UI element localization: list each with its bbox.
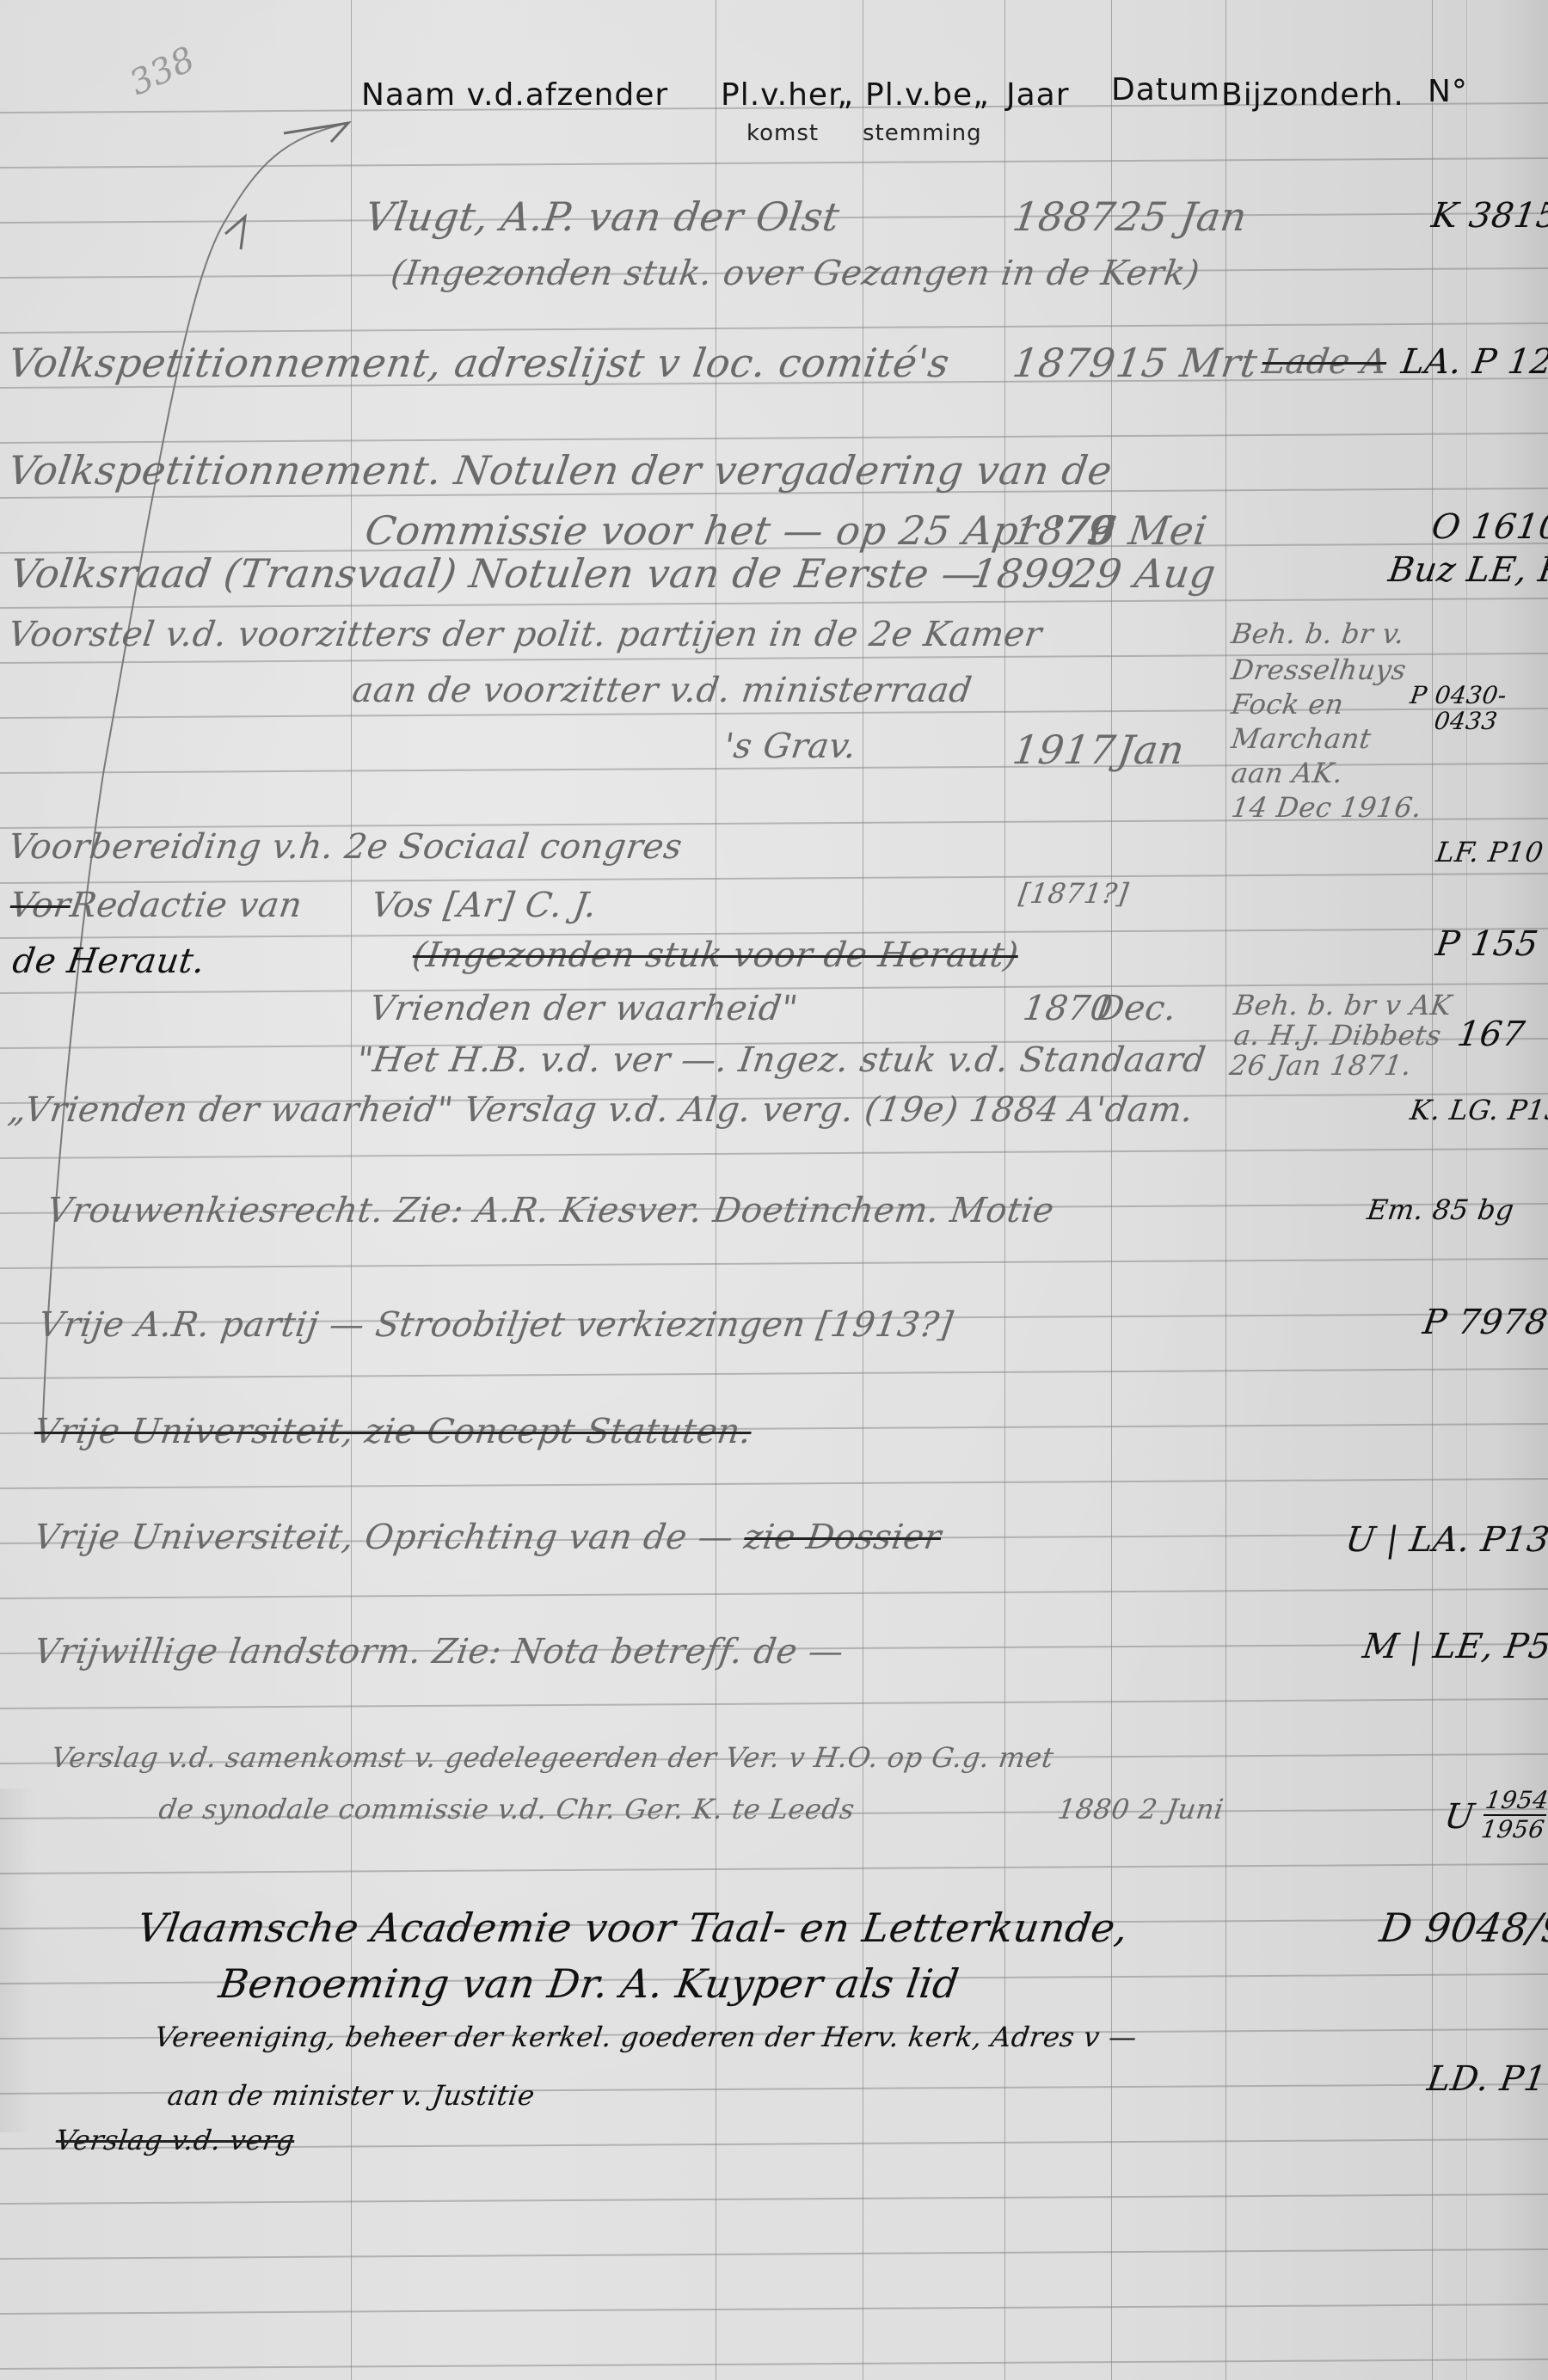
entry-9-title: Vrouwenkiesrecht. Zie: A.R. Kiesver. Doe… (45, 1191, 1057, 1230)
ruled-line (0, 1863, 1548, 1874)
ruled-line (0, 2359, 1548, 2370)
entry-14-jaar: 1880 (1055, 1793, 1132, 1825)
entry-7-line2: "Het H.B. v.d. ver —. Ingez. stuk v.d. S… (354, 1040, 1208, 1080)
entry-6-no: P 155 (1434, 924, 1541, 964)
entry-14-line2: de synodale commissie v.d. Chr. Ger. K. … (157, 1793, 857, 1825)
entry-4-bijz-1: Dresselhuys (1229, 653, 1408, 686)
entry-4-datum: Jan (1115, 727, 1188, 773)
entry-6-line1b: de Heraut. (10, 942, 208, 981)
entry-2-no: O 1610 (1429, 507, 1548, 547)
header-bestemming-sub: stemming (863, 120, 982, 146)
entry-14-title: Verslag v.d. samenkomst v. gedelegeerden… (49, 1741, 1055, 1774)
entry-9-no: Em. 85 bg (1365, 1193, 1516, 1226)
entry-16-line2: aan de minister v. Justitie (165, 2079, 537, 2112)
entry-1-bijzonderh-struck: Lade A (1260, 342, 1390, 382)
entry-13-title: Vrijwillige landstorm. Zie: Nota betreff… (32, 1632, 846, 1672)
ruled-line (0, 2193, 1548, 2205)
ruled-line (0, 1478, 1548, 1489)
entry-4-bijz-4: aan AK. (1229, 757, 1345, 789)
entry-14-no-to: 1956 (1480, 1816, 1546, 1842)
ruled-line (0, 873, 1548, 884)
entry-4-bijz-2: Fock en (1229, 688, 1346, 721)
entry-10-title: Vrije A.R. partij — Stroobiljet verkiezi… (36, 1305, 955, 1345)
entry-12-title: Vrije Universiteit, Oprichting van de — … (32, 1518, 944, 1557)
entry-15-line2: Benoeming van Dr. A. Kuyper als lid (216, 1960, 961, 2007)
entry-4-title: Voorstel v.d. voorzitters der polit. par… (6, 615, 1045, 654)
entry-17-struck: Verslag v.d. verg (53, 2124, 297, 2156)
entry-4-no: P 0430- (1409, 681, 1509, 709)
entry-4-line2: aan de voorzitter v.d. ministerraad (350, 671, 974, 710)
entry-8-title: „Vrienden der waarheid" Verslag v.d. Alg… (6, 1090, 1196, 1130)
entry-14-no-from: 1954 (1483, 1788, 1548, 1816)
entry-5-no: LF. P10 (1434, 836, 1545, 868)
entry-0-datum: 25 Jan (1113, 193, 1250, 240)
entry-6-afzender: Vos [Ar] C. J. (369, 886, 599, 925)
entry-16-no: LD. P1 (1425, 2059, 1548, 2099)
entry-2-line2: Commissie voor het — op 25 Apr '79 (362, 507, 1116, 554)
ruled-line (0, 598, 1548, 609)
entry-12-struck-tail: zie Dossier (741, 1518, 943, 1557)
entry-0-afzender: Vlugt, A.P. van der Olst (362, 193, 842, 240)
entry-2-title: Volkspetitionnement. Notulen der vergade… (5, 447, 1115, 494)
entry-3-jaar: 1899 (968, 550, 1078, 597)
entry-4-place: 's Grav. (722, 727, 859, 766)
header-naam: Naam v.d.afzender (361, 77, 668, 113)
header-herkomst-sub: komst (746, 120, 819, 146)
header-bijzonderh: Bijzonderh. (1221, 77, 1404, 113)
entry-10-no: P 7978 (1421, 1303, 1548, 1342)
entry-16-title: Vereeniging, beheer der kerkel. goederen… (152, 2021, 1139, 2053)
entry-7-bijz-2: 26 Jan 1871. (1227, 1049, 1414, 1082)
entry-13-no: M | LE, P5 (1361, 1627, 1548, 1666)
entry-12-line1: Vrije Universiteit, Oprichting van de — (32, 1518, 736, 1557)
header-bestemming: Pl.v.be„ (865, 77, 990, 113)
entry-0-jaar: 1887 (1010, 193, 1119, 240)
page-edge-stub (0, 1788, 34, 2132)
ruled-line (0, 322, 1548, 334)
entry-7-bijz-0: Beh. b. br v AK (1232, 989, 1453, 1021)
ruled-line (0, 1258, 1548, 1269)
header-datum: Datum (1111, 72, 1220, 107)
entry-6-jaar: [1871?] (1017, 877, 1130, 910)
entry-6-title: VorRedactie van (8, 886, 304, 925)
entry-15-no: D 9048/9 (1377, 1905, 1548, 1951)
entry-6-struck: Vor (8, 886, 73, 925)
entry-3-no: Buz LE, P7 (1386, 550, 1548, 590)
ruled-line (0, 2248, 1548, 2260)
ruled-line (0, 157, 1548, 169)
entry-3-datum: 29 Aug (1067, 550, 1219, 597)
ruled-line (0, 1148, 1548, 1159)
entry-4-no2: 0433 (1433, 707, 1500, 735)
entry-0-no: K 3815 (1429, 196, 1548, 236)
entry-7-datum: Dec. (1094, 989, 1179, 1028)
ruled-line (0, 432, 1548, 444)
entry-0-note: (Ingezonden stuk. over Gezangen in de Ke… (389, 254, 1202, 293)
ruled-line (0, 1368, 1548, 1379)
ruled-line (0, 2303, 1548, 2315)
header-herkomst: Pl.v.her„ (721, 77, 854, 113)
entry-8-no: K. LG. P13 (1408, 1094, 1548, 1126)
entry-14-no-range: 19541956 (1480, 1788, 1548, 1842)
header-no: N° (1428, 74, 1468, 109)
page-number: 338 (124, 40, 201, 104)
entry-1-title: Volkspetitionnement, adreslijst v loc. c… (5, 340, 952, 386)
entry-4-bijz-0: Beh. b. br v. (1229, 617, 1406, 650)
entry-4-bijz-5: 14 Dec 1916. (1229, 791, 1424, 824)
entry-5-title: Voorbereiding v.h. 2e Sociaal congres (6, 827, 685, 867)
entry-7-title: Vrienden der waarheid" (367, 989, 801, 1028)
entry-14-no: U (1442, 1797, 1477, 1837)
register-page: 338 Naam v.d.afzender Pl.v.her„ komst Pl… (0, 0, 1548, 2380)
ruled-line (0, 1588, 1548, 1599)
entry-12-no: U | LA. P13 (1343, 1520, 1548, 1560)
entry-7-bijz-1: a. H.J. Dibbets (1232, 1019, 1443, 1052)
header-jaar: Jaar (1006, 77, 1070, 113)
entry-4-bijz-3: Marchant (1229, 722, 1373, 755)
entry-3-title: Volksraad (Transvaal) Notulen van de Eer… (7, 550, 985, 597)
entry-11-struck: Vrije Universiteit, zie Concept Statuten… (32, 1412, 754, 1451)
entry-1-datum: 15 Mrt (1113, 340, 1260, 386)
ruled-line (0, 1698, 1548, 1709)
entry-1-jaar: 1879 (1010, 340, 1119, 386)
entry-2-datum: 6 Mei (1087, 507, 1210, 554)
entry-6-line1: Redactie van (68, 886, 305, 925)
entry-15-title: Vlaamsche Academie voor Taal- en Letterk… (134, 1905, 1131, 1951)
entry-14-datum: 2 Juni (1137, 1793, 1225, 1825)
entry-4-jaar: 1917 (1010, 727, 1119, 773)
entry-6-afzender-struck: (Ingezonden stuk voor de Heraut) (410, 935, 1021, 975)
entry-1-no: LA. P 12 (1399, 342, 1548, 382)
entry-7-no: 167 (1455, 1015, 1527, 1054)
